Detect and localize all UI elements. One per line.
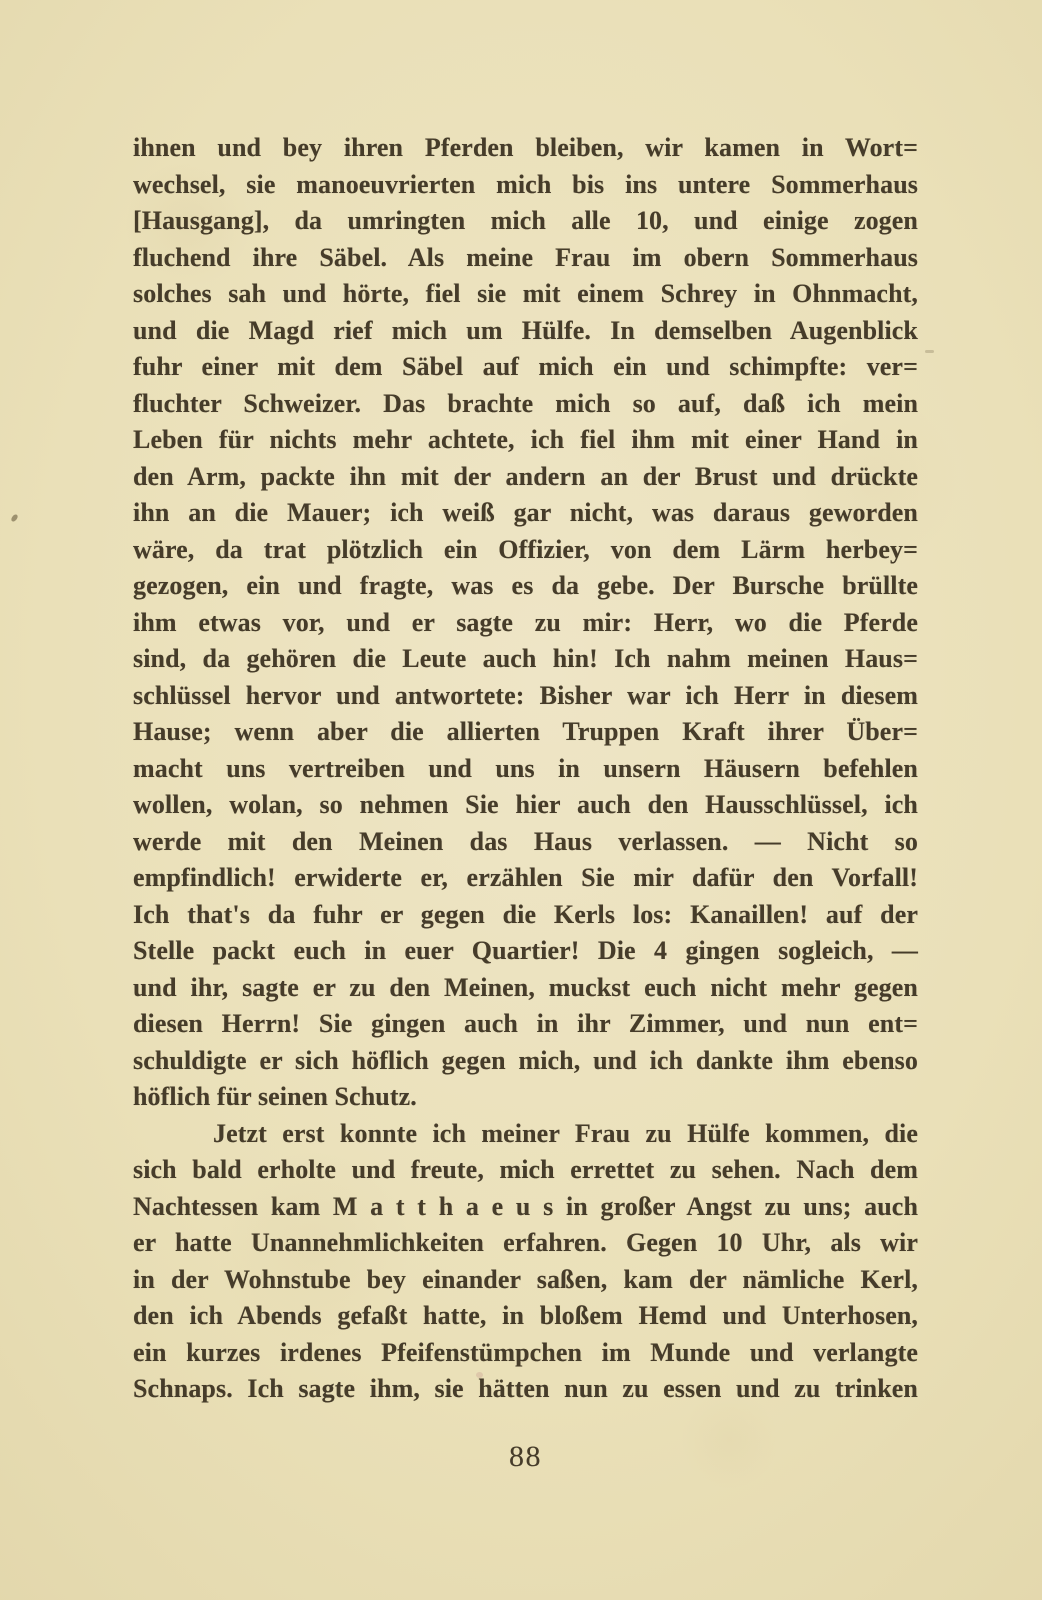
text-line: Hause; wenn aber die allierten Truppen K… — [133, 714, 918, 751]
text-line: sind, da gehören die Leute auch hin! Ich… — [133, 641, 918, 678]
text-line: Leben für nichts mehr achtete, ich fiel … — [133, 422, 918, 459]
text-line: er hatte Unannehmlichkeiten erfahren. Ge… — [133, 1225, 918, 1262]
page-number: 88 — [133, 1440, 918, 1474]
text-line: fuhr einer mit dem Säbel auf mich ein un… — [133, 349, 918, 386]
text-line: werde mit den Meinen das Haus verlassen.… — [133, 824, 918, 861]
text-line: wollen, wolan, so nehmen Sie hier auch d… — [133, 787, 918, 824]
text-line: und die Magd rief mich um Hülfe. In dems… — [133, 313, 918, 350]
text-line: und ihr, sagte er zu den Meinen, muckst … — [133, 970, 918, 1007]
text-line: höflich für seinen Schutz. — [133, 1079, 918, 1116]
text-line: den Arm, packte ihn mit der andern an de… — [133, 459, 918, 496]
text-line: sich bald erholte und freute, mich erret… — [133, 1152, 918, 1189]
text-line: in der Wohnstube bey einander saßen, kam… — [133, 1262, 918, 1299]
text-line: fluchter Schweizer. Das brachte mich so … — [133, 386, 918, 423]
paper-speck — [925, 350, 934, 353]
text-line: [Hausgang], da umringten mich alle 10, u… — [133, 203, 918, 240]
text-line: ihm etwas vor, und er sagte zu mir: Herr… — [133, 605, 918, 642]
text-line: den ich Abends gefaßt hatte, in bloßem H… — [133, 1298, 918, 1335]
text-line: wechsel, sie manoeuvrierten mich bis ins… — [133, 167, 918, 204]
text-block: ihnen und bey ihren Pferden bleiben, wir… — [133, 130, 918, 1408]
text-line: ein kurzes irdenes Pfeifenstümpchen im M… — [133, 1335, 918, 1372]
text-line: schlüssel hervor und antwortete: Bisher … — [133, 678, 918, 715]
paper-speck — [10, 513, 19, 522]
text-line: ihn an die Mauer; ich weiß gar nicht, wa… — [133, 495, 918, 532]
text-line: fluchend ihre Säbel. Als meine Frau im o… — [133, 240, 918, 277]
text-line: schuldigte er sich höflich gegen mich, u… — [133, 1043, 918, 1080]
text-line: Nachtessen kam M a t t h a e u s in groß… — [133, 1189, 918, 1226]
text-line: Jetzt erst konnte ich meiner Frau zu Hül… — [133, 1116, 918, 1153]
text-line: diesen Herrn! Sie gingen auch in ihr Zim… — [133, 1006, 918, 1043]
book-page: ihnen und bey ihren Pferden bleiben, wir… — [0, 0, 1042, 1600]
text-line: Stelle packt euch in euer Quartier! Die … — [133, 933, 918, 970]
text-line: empfindlich! erwiderte er, erzählen Sie … — [133, 860, 918, 897]
text-line: solches sah und hörte, fiel sie mit eine… — [133, 276, 918, 313]
text-line: ihnen und bey ihren Pferden bleiben, wir… — [133, 130, 918, 167]
text-line: Schnaps. Ich sagte ihm, sie hätten nun z… — [133, 1371, 918, 1408]
text-line: Ich that's da fuhr er gegen die Kerls lo… — [133, 897, 918, 934]
text-line: gezogen, ein und fragte, was es da gebe.… — [133, 568, 918, 605]
text-line: wäre, da trat plötzlich ein Offizier, vo… — [133, 532, 918, 569]
text-line: macht uns vertreiben und uns in unsern H… — [133, 751, 918, 788]
